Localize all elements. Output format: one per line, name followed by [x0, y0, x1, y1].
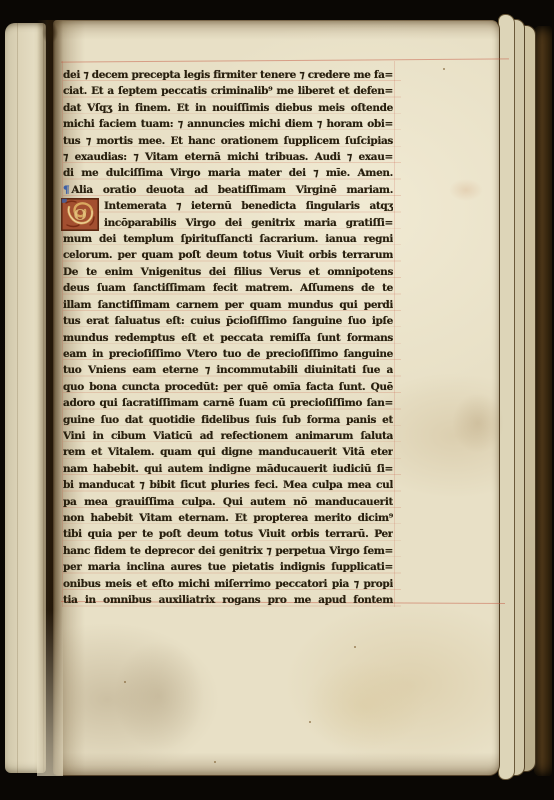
speck	[214, 761, 216, 763]
text-line: tuo Vniens eam eterne ⁊ incommutabili di…	[63, 362, 393, 378]
margin-stain	[452, 393, 504, 453]
text-line: ⁊ exaudias: ⁊ Vitam eternā michi tribuas…	[63, 149, 393, 165]
text-line: bi manducat ⁊ bibit ſicut pluries feci. …	[63, 477, 393, 493]
text-line: nam habebit. qui autem indigne māducauer…	[63, 461, 393, 477]
text-line: dat Vſqʒ in finem. Et in nouiſſimis dieb…	[63, 100, 393, 116]
ruling-line-right	[394, 61, 395, 607]
text-line: eam in precioſiſſimo Vtero tuo de precio…	[63, 346, 393, 362]
water-stain	[304, 661, 424, 751]
text-line: celorum. per quam poſt deum totus Viuit …	[63, 247, 393, 263]
text-block: O dei ⁊ decem precepta legis firmiter te…	[63, 67, 393, 608]
speck	[124, 681, 126, 683]
text-line: Intemerata ⁊ ieternū benedicta ſingulari…	[63, 198, 393, 214]
text-line: incōparabilis Virgo dei genitrix maria g…	[63, 215, 393, 231]
text-line: dei ⁊ decem precepta legis firmiter tene…	[63, 67, 393, 83]
ink-showthrough-smudge	[449, 179, 483, 201]
text-line: illam ſanctiſſimam carnem per quam mundu…	[63, 297, 393, 313]
text-line: non habebit Vitam eternam. Et propterea …	[63, 510, 393, 526]
ruling-line-top	[61, 58, 509, 62]
text-line: tus ⁊ mortis mee. Et hanc orationem ſupp…	[63, 133, 393, 149]
book-photo: O dei ⁊ decem precepta legis firmiter te…	[0, 0, 554, 800]
parchment-blotch	[114, 641, 204, 751]
text-line: mundus redemptus eſt et peccata remiſſa …	[63, 330, 393, 346]
speck	[309, 721, 311, 723]
facing-page-edge	[5, 23, 46, 773]
text-line: per maria inclina aures tue pietatis ind…	[63, 559, 393, 575]
text-line: rem et Vitalem. quam qui digne manducaue…	[63, 444, 393, 460]
text-line: quo bona cuncta procedūt: per quē omīa f…	[63, 379, 393, 395]
text-line: pa mea grauiſſima culpa. Qui autem nō ma…	[63, 494, 393, 510]
svg-text:O: O	[74, 206, 87, 224]
text-line: tibi quia per te poſt deum totus Viuit o…	[63, 526, 393, 542]
speck	[354, 646, 356, 648]
text-line: hanc fidem te deprecor dei genitrix ⁊ pe…	[63, 543, 393, 559]
manuscript-page: O dei ⁊ decem precepta legis firmiter te…	[53, 20, 500, 776]
text-line: michi faciem tuam: ⁊ annuncies michi die…	[63, 116, 393, 132]
text-line: adoro qui ſacratiſſimam carnē ſuam cū pr…	[63, 395, 393, 411]
rubric-text: Alia oratio deuota ad beatiſſimam Virgin…	[71, 184, 393, 196]
text-line: De te enim Vnigenitus dei filius Verus e…	[63, 264, 393, 280]
rubric-line: ¶Alia oratio deuota ad beatiſſimam Virgi…	[63, 182, 393, 198]
text-line: tus erat ſaluatus eſt: cuius p̄cioſiſſim…	[63, 313, 393, 329]
text-line: ciat. Et a ſeptem peccatis criminalib⁹ m…	[63, 83, 393, 99]
text-line: di me dulciſſima Virgo maria mater dei ⁊…	[63, 165, 393, 181]
text-line: deus ſuam ſanctiſſimam fecit matrem. Aſſ…	[63, 280, 393, 296]
page-edge-strip	[498, 14, 515, 780]
text-line: onibus meis et eſto michi miſerrimo pecc…	[63, 576, 393, 592]
illuminated-initial: O	[61, 198, 99, 231]
text-line: Vini in cibum Viaticū ad refectionem ani…	[63, 428, 393, 444]
text-line: mum dei templum ſpirituſſancti ſacrarium…	[63, 231, 393, 247]
book-cover-edge	[534, 26, 552, 776]
binding-gutter-knot	[42, 22, 58, 44]
speck	[443, 68, 445, 70]
text-line: tia in omnibus auxiliatrix rogans pro me…	[63, 592, 393, 608]
text-line: guine ſuo dat quotidie fidelibus ſuis ſu…	[63, 412, 393, 428]
